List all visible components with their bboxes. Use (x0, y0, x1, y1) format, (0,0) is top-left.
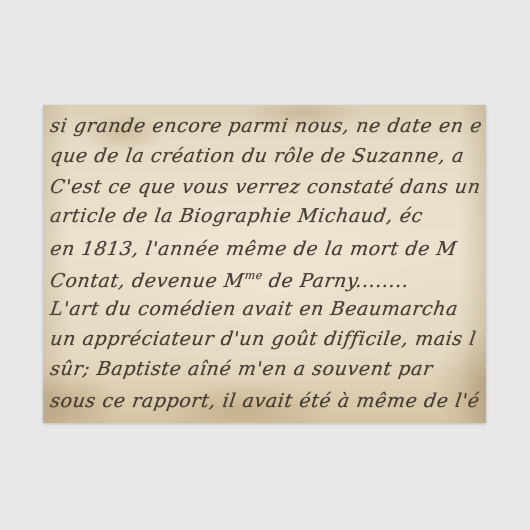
manuscript-line-tail: de Parny........ (261, 270, 411, 292)
manuscript-line: C'est ce que vous verrez constaté dans u… (49, 178, 482, 197)
superscript-me: me (244, 269, 264, 282)
manuscript-line: si grande encore parmi nous, ne date en … (49, 117, 483, 136)
manuscript-line: sous ce rapport, il avait été à même de … (49, 392, 481, 411)
manuscript-line: un appréciateur d'un goût difficile, mai… (49, 330, 477, 349)
manuscript-line: sûr; Baptiste aîné m'en a souvent par (49, 360, 434, 379)
manuscript-line: Contat, devenue Mme de Parny........ (49, 270, 411, 291)
manuscript-line: article de la Biographie Michaud, éc (49, 207, 424, 226)
image-stage: si grande encore parmi nous, ne date en … (0, 0, 530, 530)
manuscript-line-text: Contat, devenue M (49, 270, 246, 292)
manuscript-page: si grande encore parmi nous, ne date en … (43, 105, 486, 423)
manuscript-line: que de la création du rôle de Suzanne, a (49, 147, 465, 166)
manuscript-line: en 1813, l'année même de la mort de M (49, 240, 458, 259)
manuscript-line: L'art du comédien avait en Beaumarcha (49, 300, 459, 319)
